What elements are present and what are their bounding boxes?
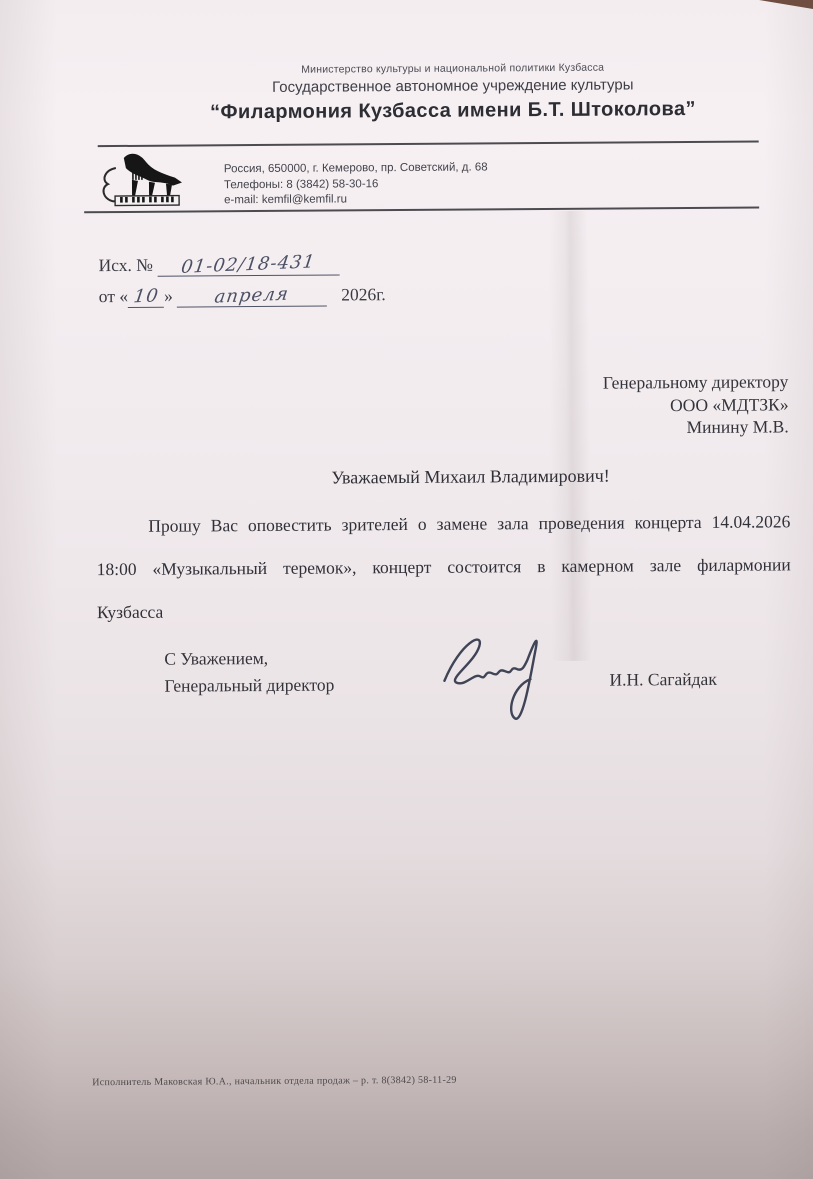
date-row: от «10» апреля2026г.	[99, 284, 386, 317]
executor-footer: Исполнитель Маковская Ю.А., начальник от…	[92, 1075, 457, 1089]
date-quote-close: »	[164, 286, 173, 306]
addressee-person: Минину М.В.	[603, 415, 789, 439]
letter-body: Прошу Вас оповестить зрителей о замене з…	[96, 500, 791, 634]
organization-name: “Филармония Кузбасса имени Б.Т. Штоколов…	[117, 97, 788, 125]
handwritten-day: 10	[132, 285, 160, 307]
date-year: 2026г.	[341, 284, 386, 304]
letter-photo: Министерство культуры и национальной пол…	[0, 0, 813, 1179]
handwritten-month: апреля	[214, 284, 291, 308]
handwritten-outgoing-number: 01-02/18-431	[180, 251, 317, 278]
signature-closing-block: С Уважением, Генеральный директор	[164, 645, 334, 700]
signer-name: И.Н. Сагайдак	[609, 669, 716, 691]
date-month-line: апреля	[177, 285, 327, 308]
addressee-block: Генеральному директору ООО «МДТЗК» Минин…	[603, 370, 789, 439]
institution-line: Государственное автономное учреждение ку…	[117, 75, 788, 97]
reference-block: Исх. № 01-02/18-431 от «10» апреля2026г.	[98, 253, 385, 317]
letter-sheet: Министерство культуры и национальной пол…	[0, 0, 813, 1179]
letterhead-rule-top	[98, 141, 759, 148]
outgoing-label: Исх. №	[98, 255, 153, 275]
contact-address: Россия, 650000, г. Кемерово, пр. Советск…	[224, 160, 488, 177]
outgoing-number-row: Исх. № 01-02/18-431	[98, 253, 385, 286]
date-prefix: от «	[99, 286, 128, 306]
salutation: Уважаемый Михаил Владимирович!	[150, 464, 791, 489]
addressee-position: Генеральному директору	[603, 370, 789, 394]
contact-phones: Телефоны: 8 (3842) 58-30-16	[224, 176, 488, 193]
closing-line: С Уважением,	[164, 645, 334, 673]
letterhead: Министерство культуры и национальной пол…	[117, 60, 788, 125]
contact-block: Россия, 650000, г. Кемерово, пр. Советск…	[224, 160, 488, 208]
contact-email: e-mail: kemfil@kemfil.ru	[224, 191, 488, 208]
handwritten-signature-icon	[416, 624, 557, 735]
signer-title: Генеральный директор	[164, 672, 334, 700]
grand-piano-icon	[100, 149, 196, 210]
outgoing-number-line: 01-02/18-431	[157, 253, 339, 276]
addressee-company: ООО «МДТЗК»	[603, 393, 789, 417]
date-day-line: 10	[128, 286, 164, 308]
ministry-line: Министерство культуры и национальной пол…	[117, 60, 788, 77]
